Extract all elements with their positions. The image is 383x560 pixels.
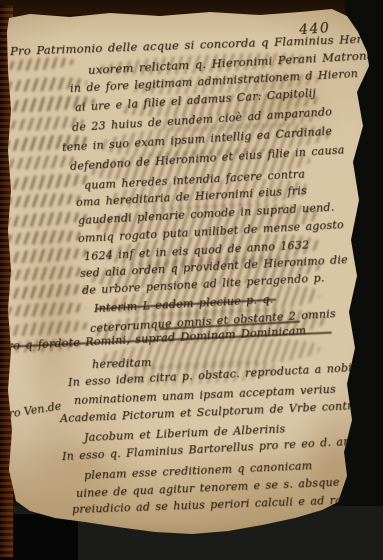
ink-bleed-smudge — [2, 192, 83, 209]
ink-bleed-smudge — [4, 56, 75, 73]
manuscript-page: Pro Patrimonio delle acque si concorda q… — [0, 0, 383, 560]
ink-bleed-smudge — [4, 154, 80, 171]
manuscript-text-line: hereditam — [92, 356, 152, 371]
manuscript-scan: Pro Patrimonio delle acque si concorda q… — [0, 0, 383, 560]
page-number: 440 — [298, 20, 330, 38]
ink-bleed-smudge — [0, 172, 92, 192]
